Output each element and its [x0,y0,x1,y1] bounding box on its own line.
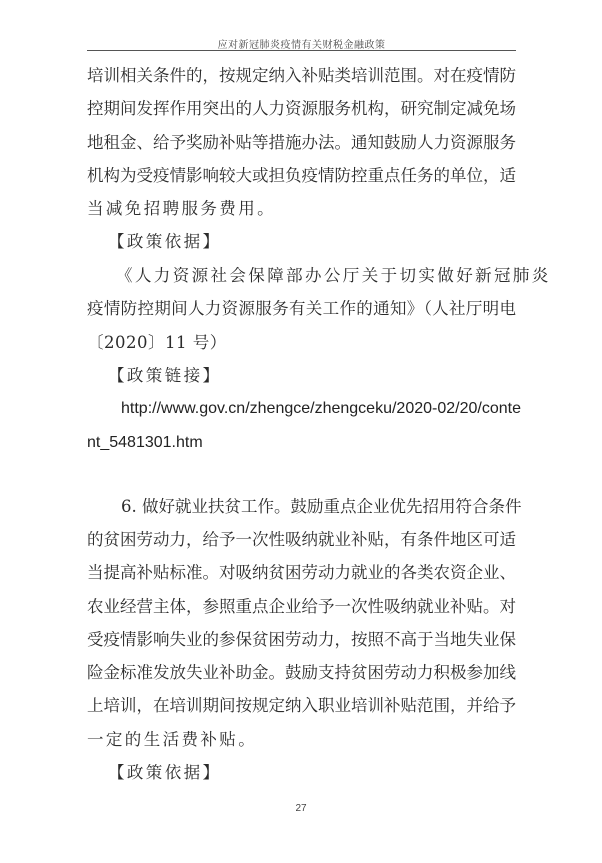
body-line: 培训相关条件的，按规定纳入补贴类培训范围。对在疫情防 [87,64,516,88]
body-line: 农业经营主体，参照重点企业给予一次性吸纳就业补贴。对 [87,595,516,619]
body-line: 受疫情影响失业的参保贫困劳动力，按照不高于当地失业保 [87,628,516,652]
policy-basis-line: 〔2020〕11 号） [87,331,516,355]
header-divider [87,50,516,51]
body-line: 机构为受疫情影响较大或担负疫情防控重点任务的单位，适 [87,164,516,188]
policy-link-heading: 【政策链接】 [108,364,504,388]
header-title: 应对新冠肺炎疫情有关财税金融政策 [87,36,516,51]
body-line: 当减免招聘服务费用。 [87,197,516,221]
policy-basis-line: 《人力资源社会保障部办公厅关于切实做好新冠肺炎 [116,264,516,288]
policy-basis-heading: 【政策依据】 [108,761,504,785]
policy-link-url-cont[interactable]: nt_5481301.htm [87,431,516,455]
body-line: 当提高补贴标准。对吸纳贫困劳动力就业的各类农资企业、 [87,561,516,585]
body-line: 的贫困劳动力，给予一次性吸纳就业补贴，有条件地区可适 [87,528,516,552]
policy-link-url[interactable]: http://www.gov.cn/zhengce/zhengceku/2020… [121,397,516,421]
body-line: 地租金、给予奖励补贴等措施办法。通知鼓励人力资源服务 [87,131,516,155]
policy-basis-line: 疫情防控期间人力资源服务有关工作的通知》（人社厅明电 [87,297,516,321]
body-line: 控期间发挥作用突出的人力资源服务机构，研究制定减免场 [87,97,516,121]
body-line: 上培训，在培训期间按规定纳入职业培训补贴范围，并给予 [87,694,516,718]
section-6-heading-line: 6. 做好就业扶贫工作。鼓励重点企业优先招用符合条件 [121,495,516,519]
body-line: 险金标准发放失业补助金。鼓励支持贫困劳动力积极参加线 [87,661,516,685]
policy-basis-heading: 【政策依据】 [108,230,504,254]
page-number: 27 [0,803,602,814]
body-line: 一定的生活费补贴。 [87,728,516,752]
